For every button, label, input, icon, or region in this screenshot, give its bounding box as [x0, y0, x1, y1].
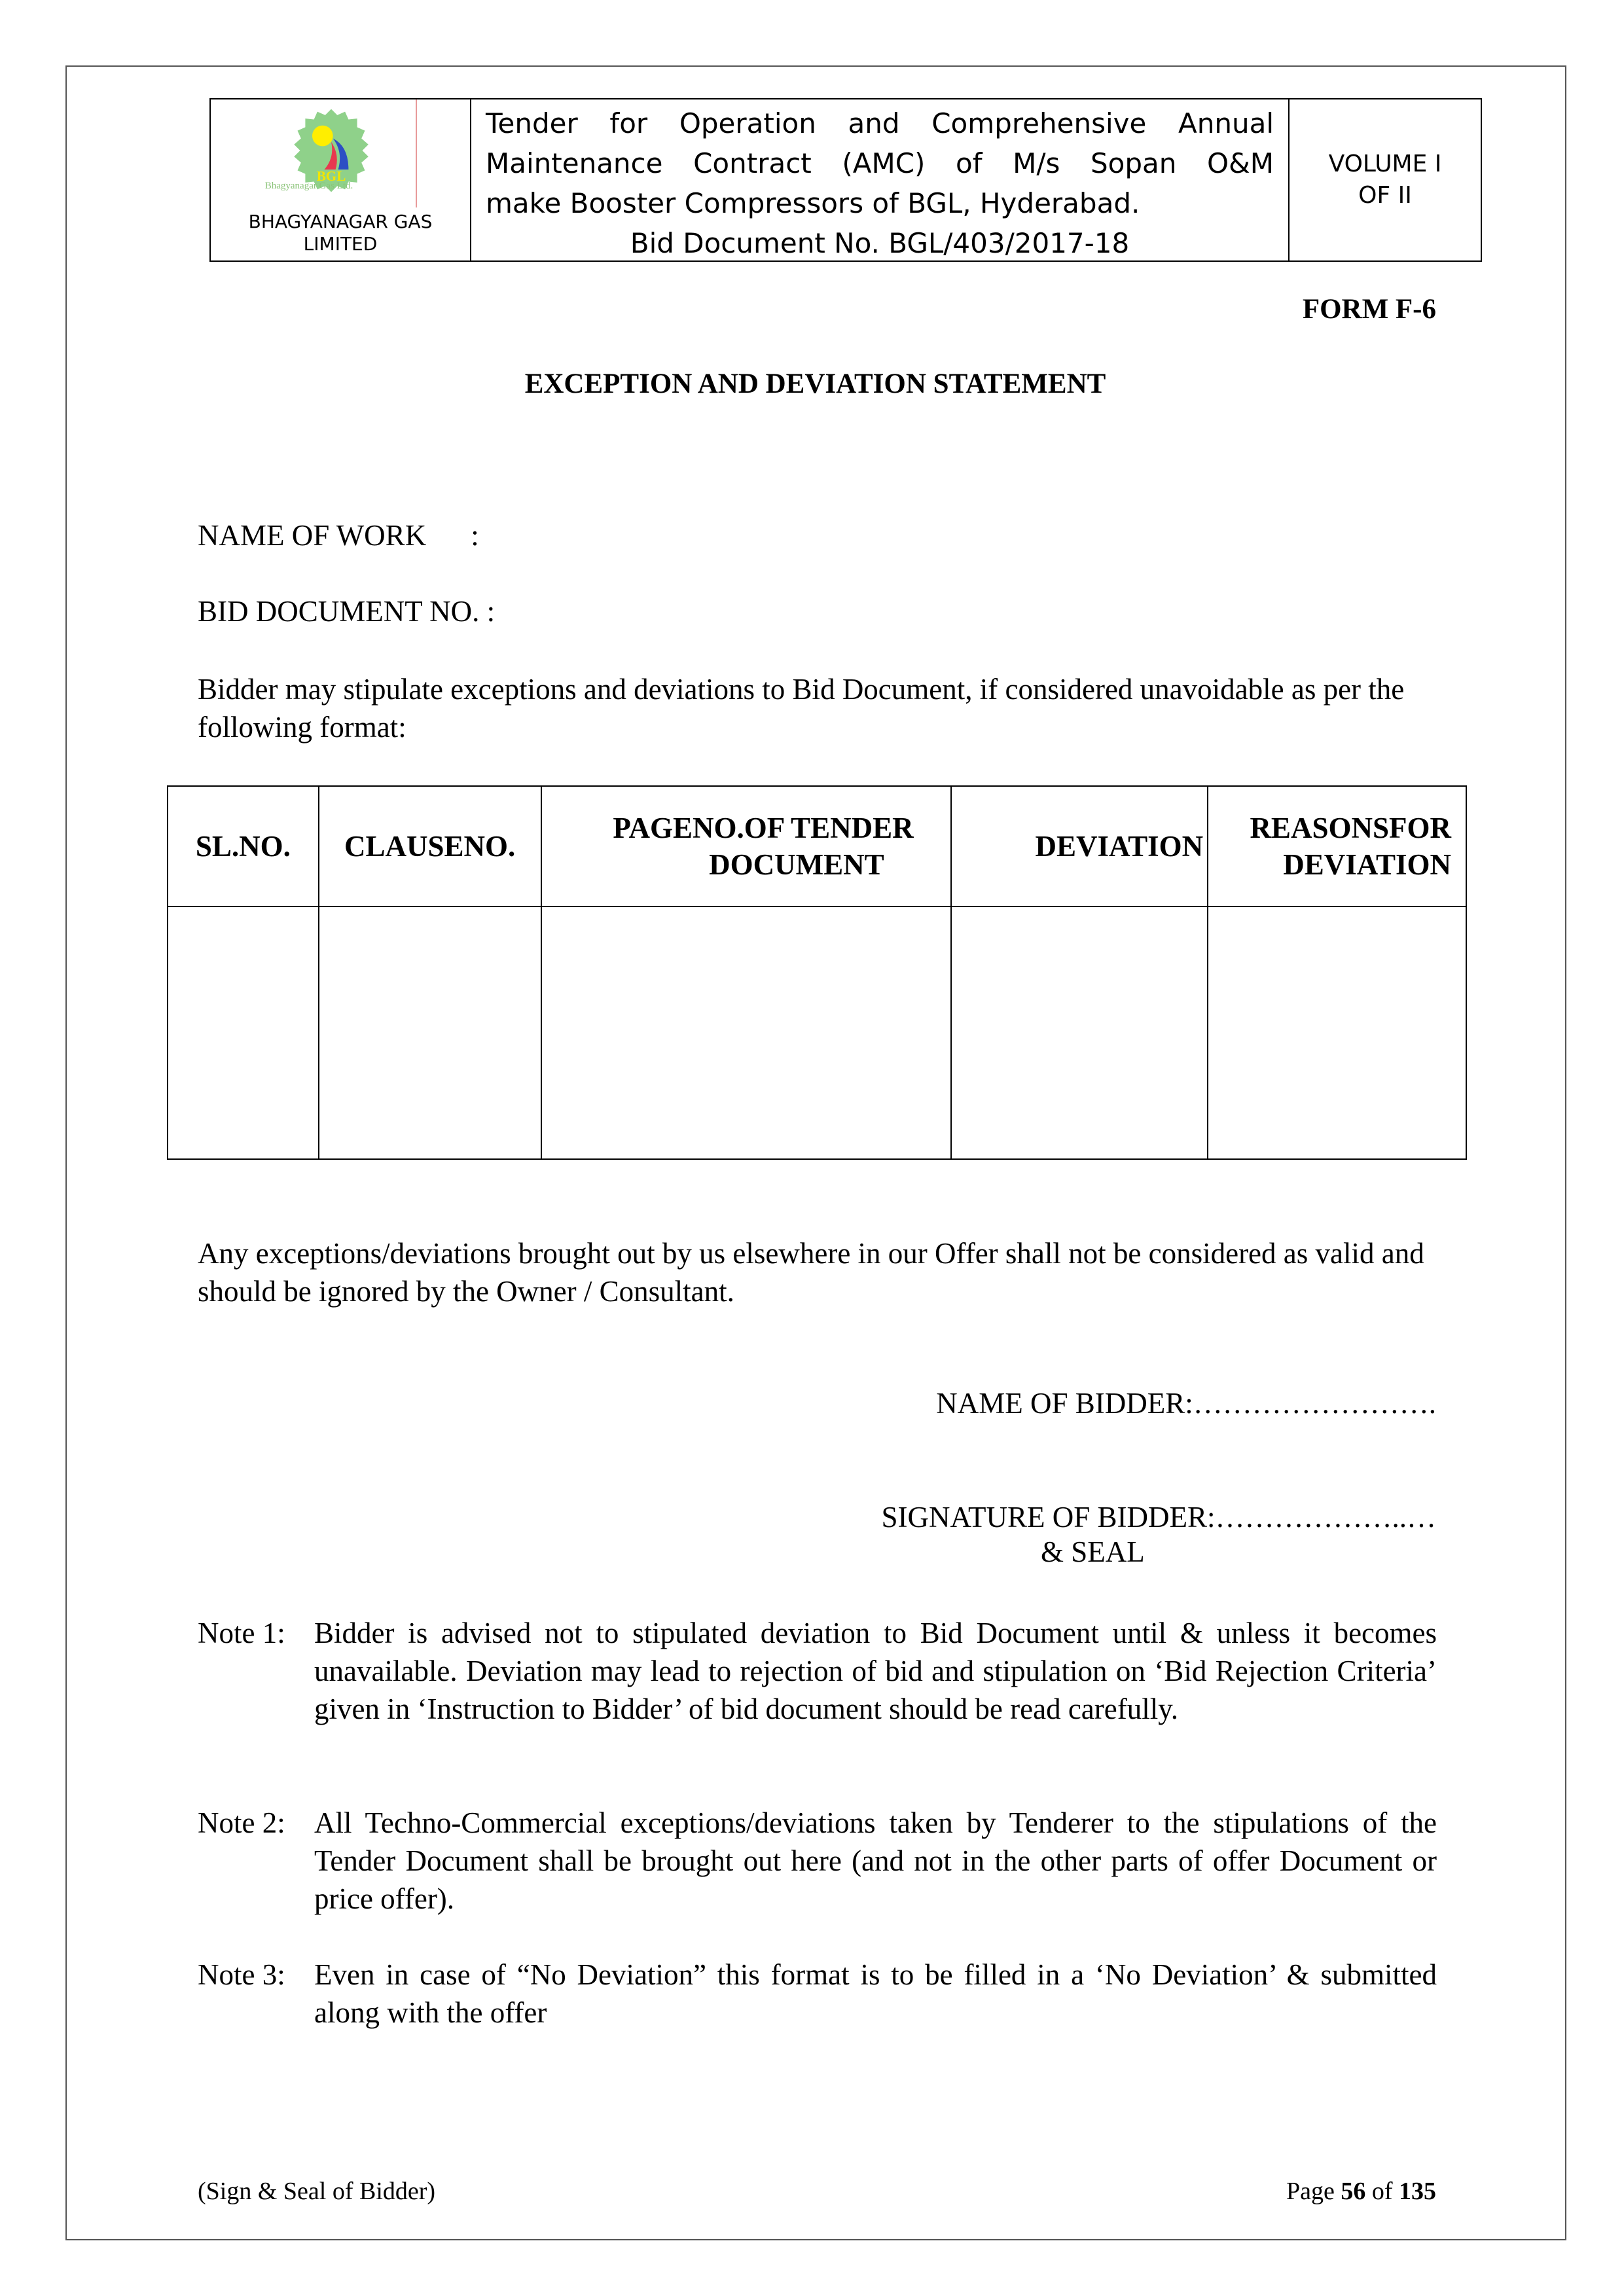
logo-caption: Bhagyanagar Gas Ltd.	[211, 181, 407, 192]
tender-title-line: Maintenance Contract (AMC) of M/s Sopan …	[486, 143, 1274, 183]
tender-title-line: Tender for Operation and Comprehensive A…	[486, 103, 1274, 143]
cell-sl-no[interactable]	[168, 906, 319, 1159]
col-header-page-no: PAGENO.OF TENDER DOCUMENT	[541, 786, 951, 906]
bid-document-number: Bid Document No. BGL/403/2017-18	[486, 223, 1274, 263]
volume-line1: VOLUME I	[1329, 149, 1442, 180]
tender-title-line: make Booster Compressors of BGL, Hyderab…	[486, 183, 1274, 223]
form-number: FORM F-6	[1303, 293, 1436, 325]
tender-title: Tender for Operation and Comprehensive A…	[471, 99, 1290, 260]
volume-label: VOLUME I OF II	[1290, 99, 1481, 260]
company-name-line2: LIMITED	[211, 233, 470, 255]
note-text: Even in case of “No Deviation” this form…	[314, 1956, 1437, 2032]
cell-page-no[interactable]	[541, 906, 951, 1159]
deviation-table: SL.NO. CLAUSENO. PAGENO.OF TENDER DOCUME…	[167, 785, 1467, 1160]
bid-document-field: BID DOCUMENT NO. :	[198, 594, 495, 628]
page-total: 135	[1399, 2178, 1436, 2205]
note-label: Note 1:	[198, 1614, 314, 1728]
logo-divider	[416, 99, 417, 207]
col-header-reasons: REASONSFOR DEVIATION	[1208, 786, 1466, 906]
company-name-line1: BHAGYANAGAR GAS	[211, 211, 470, 233]
note-label: Note 2:	[198, 1804, 314, 1918]
note-text: Bidder is advised not to stipulated devi…	[314, 1614, 1437, 1728]
disclaimer-paragraph: Any exceptions/deviations brought out by…	[198, 1234, 1437, 1310]
form-title: EXCEPTION AND DEVIATION STATEMENT	[0, 368, 1624, 400]
table-header-row: SL.NO. CLAUSENO. PAGENO.OF TENDER DOCUME…	[168, 786, 1466, 906]
name-of-work-label: NAME OF WORK	[198, 519, 426, 552]
note-1: Note 1: Bidder is advised not to stipula…	[198, 1614, 1437, 1728]
page-current: 56	[1341, 2178, 1365, 2205]
table-row	[168, 906, 1466, 1159]
document-header: BGL Bhagyanagar Gas Ltd. BHAGYANAGAR GAS…	[209, 98, 1482, 262]
intro-paragraph: Bidder may stipulate exceptions and devi…	[198, 670, 1437, 746]
col-header-reasons-line1: REASONSFOR	[1212, 810, 1451, 846]
name-of-work-colon: :	[471, 519, 479, 552]
name-of-bidder-line: NAME OF BIDDER:…………………….	[936, 1386, 1436, 1420]
note-label: Note 3:	[198, 1956, 314, 2032]
name-of-work-field: NAME OF WORK:	[198, 518, 479, 552]
col-header-page-no-line1: PAGENO.OF TENDER	[546, 810, 947, 846]
cell-clause-no[interactable]	[319, 906, 541, 1159]
col-header-sl-no: SL.NO.	[168, 786, 319, 906]
company-name: BHAGYANAGAR GAS LIMITED	[211, 211, 470, 255]
seal-label: & SEAL	[1041, 1535, 1145, 1569]
page-of: of	[1372, 2178, 1393, 2205]
volume-line2: OF II	[1358, 180, 1412, 211]
note-3: Note 3: Even in case of “No Deviation” t…	[198, 1956, 1437, 2032]
signature-of-bidder-line: SIGNATURE OF BIDDER:………………..…	[881, 1500, 1436, 1534]
note-text: All Techno-Commercial exceptions/deviati…	[314, 1804, 1437, 1918]
col-header-deviation: DEVIATION	[951, 786, 1208, 906]
col-header-page-no-line2: DOCUMENT	[546, 846, 947, 883]
cell-deviation[interactable]	[951, 906, 1208, 1159]
company-logo-cell: BGL Bhagyanagar Gas Ltd. BHAGYANAGAR GAS…	[211, 99, 471, 260]
cell-reasons[interactable]	[1208, 906, 1466, 1159]
page-number: Page 56 of 135	[1286, 2177, 1436, 2206]
page-prefix: Page	[1286, 2178, 1335, 2205]
col-header-clause-no: CLAUSENO.	[319, 786, 541, 906]
note-2: Note 2: All Techno-Commercial exceptions…	[198, 1804, 1437, 1918]
footer-sign-seal: (Sign & Seal of Bidder)	[198, 2177, 435, 2206]
col-header-reasons-line2: DEVIATION	[1212, 846, 1451, 883]
